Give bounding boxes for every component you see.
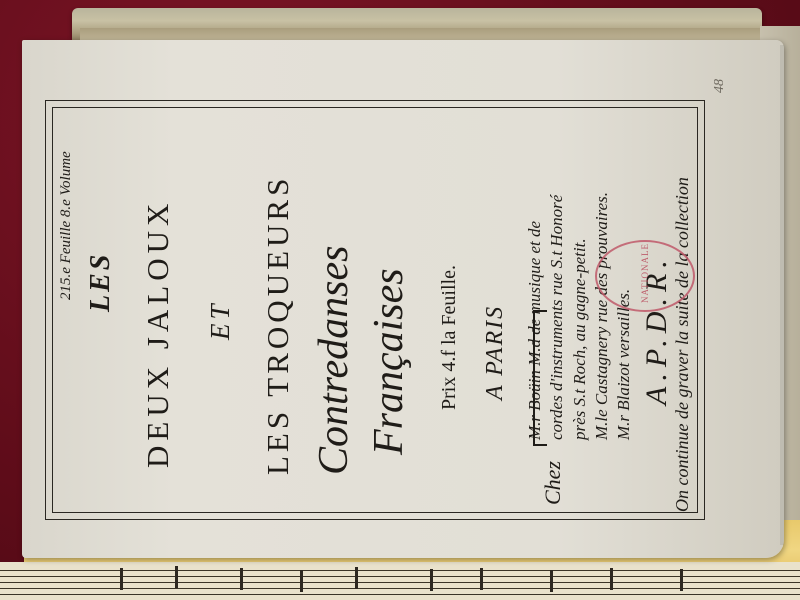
note-stem [300,570,303,592]
title-les-troqueurs: LES TROQUEURS [260,175,296,475]
footer-line: On continue de graver la suite de la col… [672,177,693,512]
seller-line-1: M.r Boüin M.d de musique et de [525,221,545,440]
note-stem [120,568,123,590]
stamp-text: NATIONALE [640,225,650,321]
note-stem [175,566,178,588]
note-stem [610,568,613,590]
note-stem [550,570,553,592]
note-stem [240,568,243,590]
title-les: LES [85,252,117,312]
page-crease [780,45,784,545]
volume-line: 215.e Feuille 8.e Volume [58,151,75,300]
subtitle-contredanses: Contredanses [310,246,358,475]
title-et: ET [205,300,236,340]
city-a-paris: A PARIS [482,305,509,400]
seller-line-4: M.le Castagnery rue des prouvaires. [592,192,612,440]
seller-line-5: M.r Blaizot versailles. [614,289,634,440]
note-stem [480,568,483,590]
note-stem [680,569,683,591]
staff-line [0,594,800,595]
chez-label: Chez [540,461,566,505]
price-line: Prix 4.f la Feuille. [438,265,461,410]
sheet-music-below [0,562,800,600]
library-stamp: NATIONALE [595,240,695,312]
seller-line-3: près S.t Roch, au gagne-petit. [570,238,590,440]
seller-line-2: cordes d'instruments rue S.t Honoré [547,195,567,440]
note-stem [355,567,358,589]
title-deux-jaloux: DEUX JALOUX [140,199,176,468]
pencil-page-number: 48 [712,79,728,93]
note-stem [430,569,433,591]
subtitle-francaises: Françaises [365,268,413,455]
